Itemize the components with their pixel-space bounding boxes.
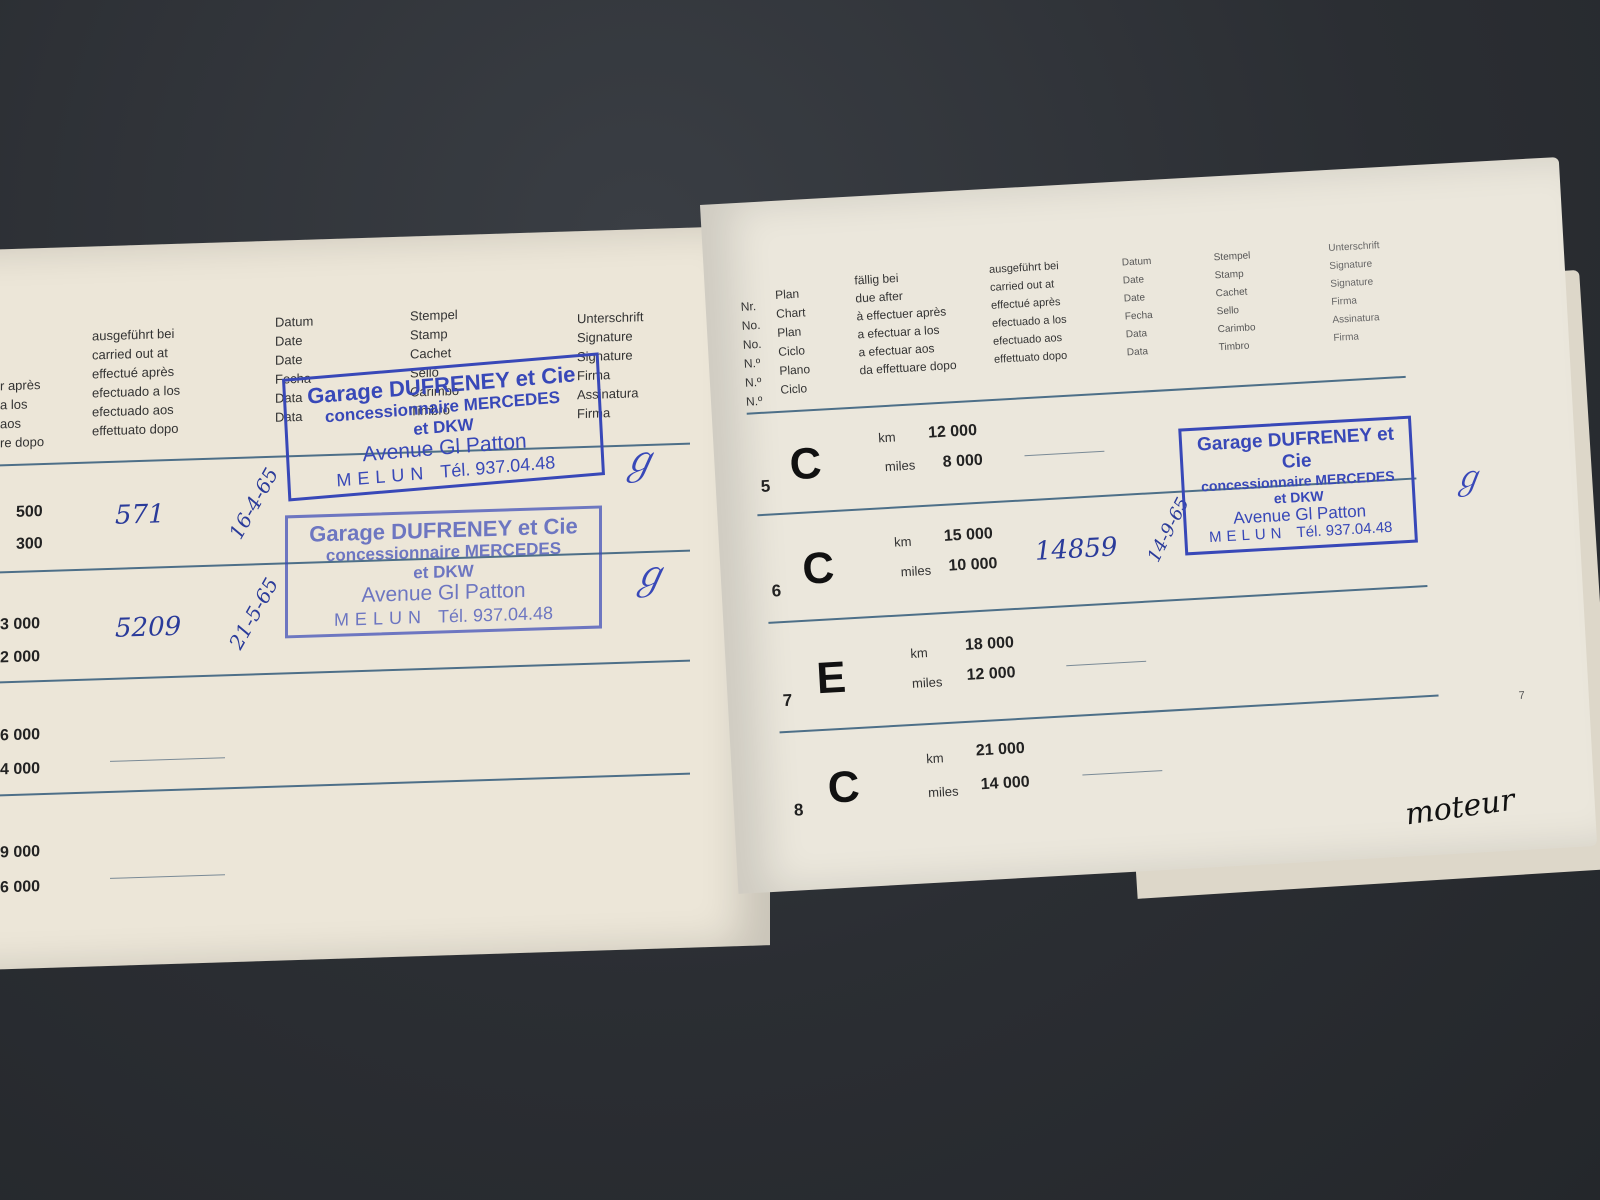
handwritten-mileage: 14859	[1034, 532, 1118, 567]
miles-value: 4 000	[0, 760, 40, 779]
header-line: Assinatura	[1332, 309, 1384, 330]
header-line: aos	[0, 413, 44, 433]
km-value: 500	[16, 503, 43, 522]
header-line: Carimbo	[1217, 319, 1256, 339]
header-line: Signature	[577, 326, 643, 347]
km-value: 18 000	[965, 634, 1015, 655]
header-line: Cachet	[1215, 283, 1254, 303]
header-line: re dopo	[0, 432, 44, 452]
header-line: Plan	[777, 322, 809, 343]
header-line: No.	[741, 316, 761, 336]
left-page: r après a los aos re dopo ausgeführt bei…	[0, 225, 770, 970]
km-value: 15 000	[943, 525, 993, 546]
header-line: Firma	[1333, 327, 1385, 348]
header-line: Ciclo	[778, 341, 810, 362]
handwritten-date: 16-4-65	[224, 464, 283, 543]
due-after-header: fällig bei due after à effectuer après a…	[854, 266, 957, 379]
signature-scribble: ℊ	[620, 429, 658, 485]
header-line: effettuato dopo	[994, 347, 1070, 369]
date-header: Datum Date Date Fecha Data Data	[1121, 253, 1156, 362]
garage-stamp: Garage DUFRENEY et Cie concessionnaire M…	[1178, 416, 1418, 555]
row-rule	[0, 773, 690, 797]
row-number: 6	[771, 581, 782, 601]
header-line: a los	[0, 394, 44, 414]
stamp-city: MELUN	[1209, 525, 1287, 546]
header-line: Nr.	[740, 297, 760, 317]
miles-value: 8 000	[942, 452, 983, 472]
header-line: Chart	[776, 303, 808, 324]
header-line: N.º	[744, 373, 764, 393]
miles-value: 14 000	[980, 774, 1030, 795]
carried-out-header: ausgeführt bei carried out at effectué a…	[92, 324, 180, 441]
plan-header: Plan Chart Plan Ciclo Plano Ciclo	[775, 284, 812, 400]
header-line: Stempel	[1213, 247, 1252, 267]
header-line: Date	[275, 331, 313, 351]
header-line: Fecha	[1124, 307, 1154, 327]
plan-letter: C	[826, 762, 861, 814]
header-line: Date	[275, 350, 313, 370]
handwritten-mileage: 571	[115, 499, 165, 531]
km-label: km	[926, 750, 944, 766]
header-line: N.º	[743, 354, 763, 374]
service-booklet: r après a los aos re dopo ausgeführt bei…	[0, 0, 1600, 1200]
signature-header: Unterschrift Signature Signature Firma A…	[1328, 237, 1385, 348]
km-value: 6 000	[0, 726, 40, 745]
miles-value: 10 000	[948, 555, 998, 576]
plan-letter: E	[815, 653, 847, 705]
miles-label: miles	[884, 457, 915, 474]
header-line: Stamp	[410, 324, 459, 345]
row-number: 7	[782, 691, 793, 711]
miles-label: miles	[928, 783, 959, 800]
carried-out-header: ausgeführt bei carried out at effectué a…	[989, 257, 1070, 369]
header-line: Plan	[775, 284, 807, 305]
plan-letter: C	[788, 439, 823, 491]
blank-entry-line	[1082, 770, 1162, 775]
plan-letter: C	[801, 543, 836, 595]
miles-label: miles	[912, 674, 943, 691]
miles-value: 2 000	[0, 648, 40, 667]
header-line: Data	[1125, 325, 1155, 345]
header-line: N.º	[746, 392, 766, 412]
blank-entry-line	[1066, 661, 1146, 666]
row-rule	[768, 585, 1427, 624]
km-value: 3 000	[0, 615, 40, 634]
stamp-city: MELUN	[334, 606, 427, 629]
right-page: Nr. No. No. N.º N.º N.º Plan Chart Plan …	[700, 157, 1597, 894]
stamp-header: Stempel Stamp Cachet Sello Carimbo Timbr…	[1213, 247, 1257, 357]
header-line: Timbro	[1218, 337, 1257, 357]
km-label: km	[910, 645, 928, 661]
row-number: 8	[793, 800, 804, 820]
km-label: km	[878, 429, 896, 445]
header-line: effettuato dopo	[92, 419, 180, 441]
header-line: Stempel	[410, 305, 459, 326]
miles-label: miles	[900, 563, 931, 580]
miles-value: 6 000	[0, 878, 40, 897]
handwritten-date: 21-5-65	[224, 574, 283, 653]
header-line: Ciclo	[780, 379, 812, 400]
handwritten-mileage: 5209	[115, 612, 181, 644]
miles-value: 300	[16, 535, 43, 554]
blank-entry-line	[1024, 451, 1104, 456]
signature-scribble: ℊ	[1450, 452, 1485, 500]
header-rule	[747, 376, 1406, 415]
header-line: Datum	[275, 312, 313, 332]
header-line: Datum	[1121, 253, 1151, 273]
blank-entry-line	[110, 757, 225, 762]
header-line: Unterschrift	[577, 307, 643, 328]
header-line: Data	[1126, 343, 1156, 363]
page-number: 7	[1518, 690, 1525, 702]
header-line: r après	[0, 375, 44, 395]
row-rule	[780, 695, 1439, 734]
garage-stamp: Garage DUFRENEY et Cie concessionnaire M…	[282, 352, 605, 501]
header-line: Date	[1122, 271, 1152, 291]
row-number: 5	[760, 477, 771, 497]
stamp-phone: Tél. 937.04.48	[438, 603, 553, 627]
no-header: Nr. No. No. N.º N.º N.º	[740, 297, 765, 412]
miles-value: 12 000	[966, 664, 1016, 685]
blank-entry-line	[110, 874, 225, 879]
signature-scribble: ℊ	[630, 543, 668, 599]
garage-stamp: Garage DUFRENEY et Cie concessionnaire M…	[285, 505, 602, 638]
km-value: 21 000	[975, 740, 1025, 761]
header-line: Cachet	[410, 343, 459, 364]
header-line: Sello	[1216, 301, 1255, 321]
header-line: Date	[1123, 289, 1153, 309]
header-line: Plano	[779, 360, 811, 381]
km-value: 12 000	[928, 422, 978, 443]
row-rule	[0, 660, 690, 684]
km-label: km	[894, 534, 912, 550]
due-after-header-partial: r après a los aos re dopo	[0, 375, 44, 452]
km-value: 9 000	[0, 843, 40, 862]
header-line: Unterschrift	[1328, 237, 1380, 258]
header-line: No.	[742, 335, 762, 355]
header-line: Stamp	[1214, 265, 1253, 285]
